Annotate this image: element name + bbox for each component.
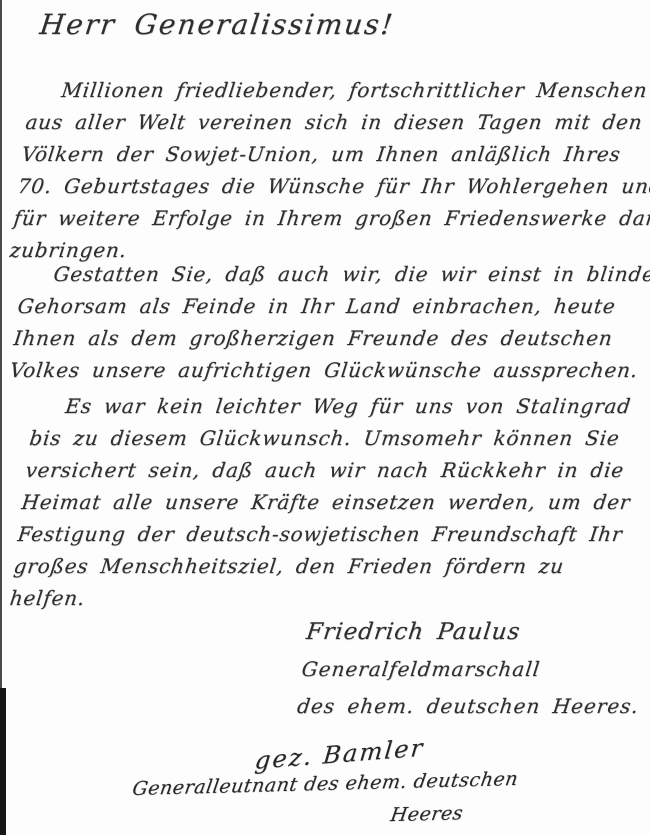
paragraph-1-line: für weitere Erfolge in Ihrem großen Frie… (12, 202, 650, 234)
paragraph-3-line: Festigung der deutsch-sowjetischen Freun… (16, 518, 650, 550)
paragraph-2-line: Gehorsam als Feinde in Ihr Land einbrach… (16, 290, 650, 322)
signature-block-second: gez. Bamler Generalleutnant des ehem. de… (125, 726, 650, 835)
paragraph-3-line: versichert sein, daß auch wir nach Rückk… (24, 454, 650, 486)
paragraph-3: Es war kein leichter Weg für uns von Sta… (8, 390, 650, 614)
paragraph-3-line: helfen. (8, 582, 650, 614)
paragraph-1-line: Völkern der Sowjet-Union, um Ihnen anläß… (20, 138, 650, 170)
signature-block-paulus: Friedrich Paulus Generalfeldmarschall de… (295, 614, 650, 725)
paragraph-2-line: Gestatten Sie, daß auch wir, die wir ein… (20, 258, 650, 290)
paragraph-3-line: Heimat alle unsere Kräfte einsetzen werd… (20, 486, 650, 518)
paragraph-1-line: 70. Geburtstages die Wünsche für Ihr Woh… (16, 170, 650, 202)
paragraph-2: Gestatten Sie, daß auch wir, die wir ein… (8, 258, 650, 386)
signature-paulus-rank: Generalfeldmarschall (300, 651, 646, 688)
paragraph-3-line: Es war kein leichter Weg für uns von Sta… (32, 390, 650, 422)
salutation: Herr Generalissimus! (38, 8, 396, 41)
scan-edge-line-bottom (0, 688, 6, 835)
paragraph-3-line: bis zu diesem Glückwunsch. Umsomehr könn… (28, 422, 650, 454)
paragraph-2-line: Volkes unsere aufrichtigen Glückwünsche … (8, 354, 650, 386)
paragraph-1: Millionen friedliebender, fortschrittlic… (8, 74, 650, 266)
paragraph-1-line: aus aller Welt vereinen sich in diesen T… (24, 106, 650, 138)
paragraph-1-line: Millionen friedliebender, fortschrittlic… (28, 74, 650, 106)
letter-page: Herr Generalissimus! Millionen friedlieb… (0, 0, 650, 835)
paragraph-2-line: Ihnen als dem großherzigen Freunde des d… (12, 322, 650, 354)
signature-paulus-name: Friedrich Paulus (304, 614, 650, 651)
paragraph-3-line: großes Menschheitsziel, den Frieden förd… (12, 550, 650, 582)
